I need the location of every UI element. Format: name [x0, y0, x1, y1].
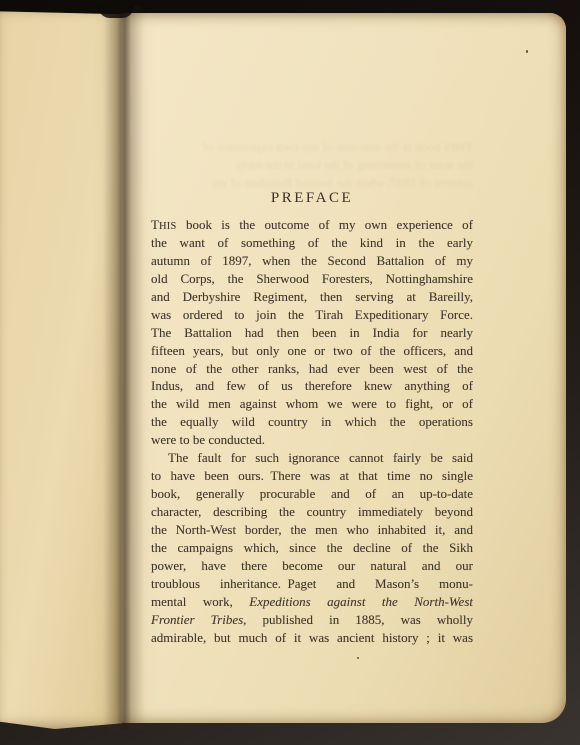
book-page: THIS book is the outcome of my own exper…	[121, 13, 566, 723]
book-photo: THIS book is the outcome of my own exper…	[0, 0, 580, 745]
page-speck	[357, 657, 359, 659]
body-text: THIS book is the outcome of my own exper…	[151, 216, 473, 647]
show-through-text: THIS book is the outcome of my own exper…	[151, 138, 473, 192]
gutter-shadow	[103, 6, 145, 730]
page-speck	[526, 50, 528, 53]
page-heading: PREFACE	[151, 189, 473, 207]
